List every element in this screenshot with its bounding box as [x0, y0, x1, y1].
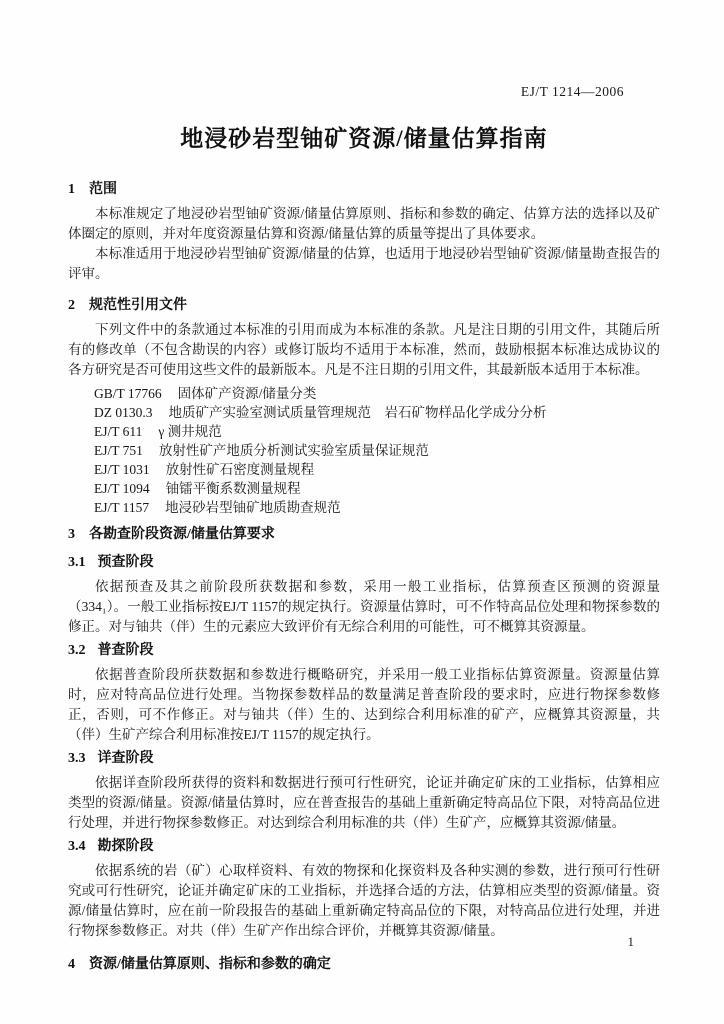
- reference-item: GB/T 17766固体矿产资源/储量分类: [94, 384, 660, 403]
- subsection-3-1-paragraph: 依据预查及其之前阶段所获数据和参数，采用一般工业指标，估算预查区预测的资源量（3…: [68, 577, 660, 637]
- subsection-3-2-number: 3.2: [68, 643, 86, 658]
- reference-title: 固体矿产资源/储量分类: [178, 386, 317, 401]
- section-2-heading: 2规范性引用文件: [68, 296, 660, 316]
- section-1-paragraph-1: 本标准规定了地浸砂岩型铀矿资源/储量估算原则、指标和参数的确定、估算方法的选择以…: [68, 204, 660, 244]
- section-1-title: 范围: [89, 182, 117, 197]
- section-3-number: 3: [68, 527, 75, 542]
- section-3-heading: 3各勘查阶段资源/储量估算要求: [68, 525, 660, 545]
- reference-title: 地浸砂岩型铀矿地质勘查规范: [165, 500, 341, 515]
- reference-item: EJ/T 611γ 测井规范: [94, 422, 660, 441]
- subsection-3-2: 3.2普查阶段 依据普查阶段所获数据和参数进行概略研究，并采用一般工业指标估算资…: [68, 641, 660, 745]
- section-3-title: 各勘查阶段资源/储量估算要求: [89, 527, 275, 542]
- subsection-3-2-title: 普查阶段: [98, 643, 154, 658]
- reference-title: 放射性矿产地质分析测试实验室质量保证规范: [159, 443, 429, 458]
- document-page: EJ/T 1214—2006 地浸砂岩型铀矿资源/储量估算指南 1范围 本标准规…: [0, 0, 724, 1024]
- reference-item: EJ/T 751放射性矿产地质分析测试实验室质量保证规范: [94, 441, 660, 460]
- section-2-paragraph-1: 下列文件中的条款通过本标准的引用而成为本标准的条款。凡是注日期的引用文件，其随后…: [68, 320, 660, 380]
- subsection-3-3-heading: 3.3详查阶段: [68, 749, 660, 769]
- subsection-3-1-number: 3.1: [68, 555, 86, 570]
- section-principles: 4资源/储量估算原则、指标和参数的确定: [68, 955, 660, 975]
- section-estimation-requirements: 3各勘查阶段资源/储量估算要求 3.1预查阶段 依据预查及其之前阶段所获数据和参…: [68, 525, 660, 941]
- reference-item: DZ 0130.3地质矿产实验室测试质量管理规范 岩石矿物样品化学成分分析: [94, 403, 660, 422]
- subsection-3-2-paragraph: 依据普查阶段所获数据和参数进行概略研究，并采用一般工业指标估算资源量。资源量估算…: [68, 665, 660, 745]
- section-1-paragraph-2: 本标准适用于地浸砂岩型铀矿资源/储量的估算，也适用于地浸砂岩型铀矿资源/储量勘查…: [68, 244, 660, 284]
- reference-code: DZ 0130.3: [94, 403, 153, 422]
- reference-item: EJ/T 1031放射性矿石密度测量规程: [94, 460, 660, 479]
- subsection-3-4: 3.4勘探阶段 依据系统的岩（矿）心取样资料、有效的物探和化探资料及各种实测的参…: [68, 837, 660, 941]
- reference-list: GB/T 17766固体矿产资源/储量分类 DZ 0130.3地质矿产实验室测试…: [68, 384, 660, 517]
- reference-code: EJ/T 1094: [94, 479, 150, 498]
- page-number: 1: [628, 934, 635, 950]
- section-1-heading: 1范围: [68, 180, 660, 200]
- section-4-number: 4: [68, 957, 75, 972]
- section-4-heading: 4资源/储量估算原则、指标和参数的确定: [68, 955, 660, 975]
- reference-item: EJ/T 1094铀镭平衡系数测量规程: [94, 479, 660, 498]
- subsection-3-4-paragraph: 依据系统的岩（矿）心取样资料、有效的物探和化探资料及各种实测的参数，进行预可行性…: [68, 861, 660, 941]
- reference-code: EJ/T 611: [94, 422, 142, 441]
- subsection-3-1: 3.1预查阶段 依据预查及其之前阶段所获数据和参数，采用一般工业指标，估算预查区…: [68, 553, 660, 637]
- subsection-3-3-number: 3.3: [68, 751, 86, 766]
- reference-title: 铀镭平衡系数测量规程: [166, 481, 301, 496]
- reference-code: EJ/T 1031: [94, 460, 150, 479]
- page-content: 地浸砂岩型铀矿资源/储量估算指南 1范围 本标准规定了地浸砂岩型铀矿资源/储量估…: [68, 0, 660, 975]
- section-1-number: 1: [68, 182, 75, 197]
- reference-code: GB/T 17766: [94, 384, 162, 403]
- reference-title: 放射性矿石密度测量规程: [166, 462, 315, 477]
- reference-title: 地质矿产实验室测试质量管理规范 岩石矿物样品化学成分分析: [169, 405, 547, 420]
- document-title: 地浸砂岩型铀矿资源/储量估算指南: [68, 122, 660, 156]
- section-2-title: 规范性引用文件: [89, 298, 187, 313]
- reference-title: γ 测井规范: [158, 424, 221, 439]
- subsection-3-3-paragraph: 依据详查阶段所获得的资料和数据进行预可行性研究，论证并确定矿床的工业指标，估算相…: [68, 773, 660, 833]
- section-4-title: 资源/储量估算原则、指标和参数的确定: [89, 957, 331, 972]
- section-normative-references: 2规范性引用文件 下列文件中的条款通过本标准的引用而成为本标准的条款。凡是注日期…: [68, 296, 660, 517]
- subsection-3-4-title: 勘探阶段: [98, 839, 154, 854]
- reference-code: EJ/T 1157: [94, 498, 149, 517]
- subsection-3-3: 3.3详查阶段 依据详查阶段所获得的资料和数据进行预可行性研究，论证并确定矿床的…: [68, 749, 660, 833]
- subsection-3-4-heading: 3.4勘探阶段: [68, 837, 660, 857]
- section-scope: 1范围 本标准规定了地浸砂岩型铀矿资源/储量估算原则、指标和参数的确定、估算方法…: [68, 180, 660, 284]
- subsection-3-3-title: 详查阶段: [98, 751, 154, 766]
- subsection-3-1-title: 预查阶段: [98, 555, 154, 570]
- reference-item: EJ/T 1157地浸砂岩型铀矿地质勘查规范: [94, 498, 660, 517]
- subsection-3-2-heading: 3.2普查阶段: [68, 641, 660, 661]
- section-2-number: 2: [68, 298, 75, 313]
- subsection-3-1-heading: 3.1预查阶段: [68, 553, 660, 573]
- reference-code: EJ/T 751: [94, 441, 143, 460]
- subsection-3-4-number: 3.4: [68, 839, 86, 854]
